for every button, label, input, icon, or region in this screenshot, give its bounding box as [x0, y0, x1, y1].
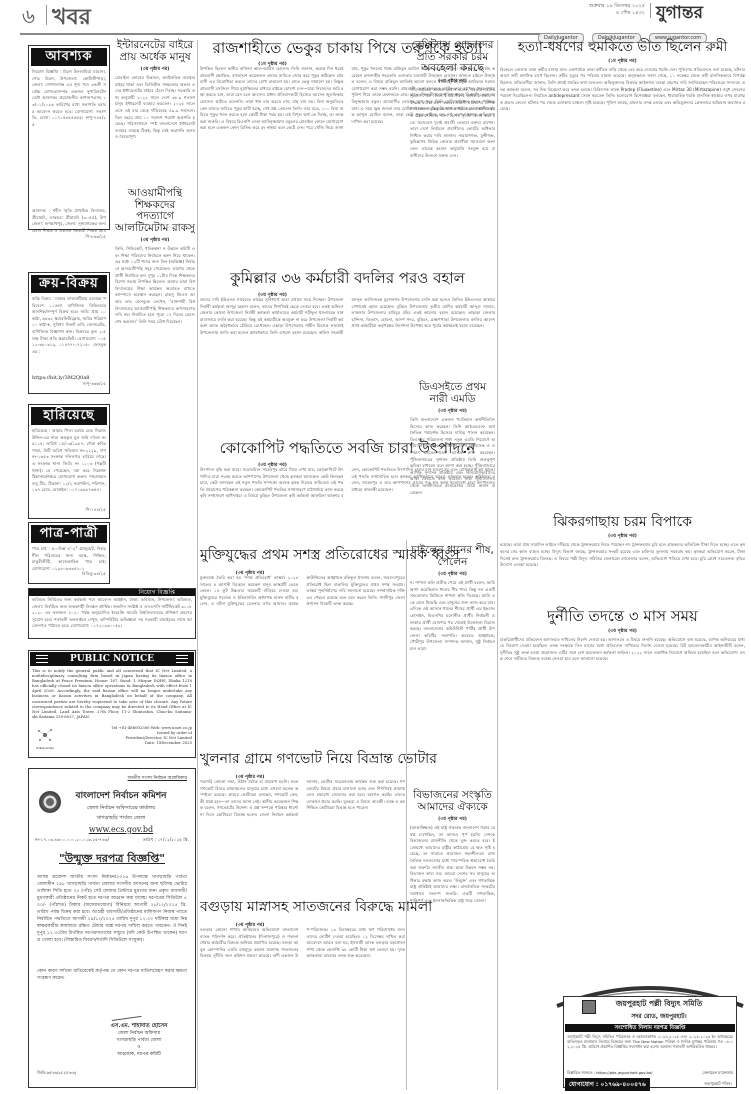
article-continued: (৩য় পৃষ্ঠার পর) — [410, 407, 495, 415]
article-headline[interactable]: মুক্তিযুদ্ধের প্রথম সশস্ত্র প্রতিরোধের স… — [200, 548, 405, 563]
signatory-title: জেলা নির্বাচন অফিসার — [89, 1030, 189, 1037]
classified-ref: পি-১৪৪/২৫ — [29, 507, 109, 514]
article-paddy[interactable]: চাইলেন ধানের শীষ, পেলেন (৩য় পৃষ্ঠার পর)… — [410, 545, 495, 785]
article-bogura[interactable]: বগুড়ায় মাস্নাসহ সাতজনের বিরুদ্ধে মামলা… — [200, 900, 405, 1090]
pbs-signatory: জেনারেল ম্যানেজার — [702, 1070, 733, 1077]
classified-heading: ক্রয়-বিক্রয় — [31, 275, 107, 293]
article-headline[interactable]: হত্যা-ধর্ষণের হুমকিতে ভীত ছিলেন রুমী — [500, 40, 745, 55]
classified-needed: আবশ্যক নিয়োগ বিজ্ঞপ্তি : মিরগ উসলামিয়া… — [28, 45, 110, 230]
article-body: (আকাঙ্ক্ষিত) এই রাষ্ট্র ঐক্যবদ্ধ বাংলাদে… — [410, 825, 495, 1075]
classified-lost: হারিয়েছে হারিয়েছে : আমার পিতা মরহুম মো… — [28, 404, 110, 519]
classified-body: হারিয়েছে : আমার পিতা মরহুম মোঃ সিরাজ উদ… — [29, 427, 109, 507]
classified-body: পাত্র চাই : ৫০-উর্ধ্ব ৫'-২" গ্রাজুয়েট, … — [29, 545, 109, 571]
pbs-contact: যোগাযোগ : ০১৭৬৯-৪০০৪৭৬ — [565, 1078, 650, 1091]
logo-divider — [650, 3, 651, 18]
pbs-website-row: বিস্তারিত জানতে : https://pbs.jaypurhatt… — [564, 1070, 736, 1077]
classified-matrimonial: পাত্র-পাত্রী পাত্র চাই : ৫০-উর্ধ্ব ৫'-২"… — [28, 522, 110, 584]
article-continued: (৩য় পৃষ্ঠার পর) — [410, 815, 495, 823]
article-division[interactable]: বিভাজনের সংস্কৃতি আমাদের ঐক্যকে (৩য় পৃষ… — [410, 790, 495, 1090]
masthead-divider — [46, 5, 47, 25]
pbs-logo-icon — [582, 1000, 596, 1014]
article-continued: (৩য় পৃষ্ঠার পর) — [410, 570, 495, 578]
signature-icon — [110, 1007, 141, 1021]
masthead: ৬ খবর শুক্রবার ১৯ ডিসেম্বর ২০২৫ ৪ পৌষ ১৪… — [0, 0, 751, 34]
article-headline[interactable]: ইন্টারনেটের বাইরে প্রায় অর্ধেক মানুষ — [115, 40, 195, 63]
article-body: তিনি, সিন্ডিকেট, পরিকল্পনা ও উন্নয়ন কমি… — [115, 246, 195, 586]
article-headline[interactable]: বিভাজনের সংস্কৃতি আমাদের ঐক্যকে — [410, 790, 495, 813]
article-body: বিকেলে তোলায় তারা রুমীর বাসায় যান। একপ… — [500, 67, 745, 497]
signatory-name: এস.এম. শাহাদাত হোসেন — [89, 1023, 189, 1030]
article-body: হয়েছে। তারা প্রায় সারাদিন লাইনে দাঁড়ি… — [500, 542, 745, 612]
pbs-signatory-org: জয়পুরহাট পবিস। — [704, 1081, 735, 1088]
column-divider — [197, 40, 198, 1090]
article-remittance[interactable]: রেমিট্যান্স যোদ্ধাদের প্রতি সরকার চরম অব… — [410, 40, 495, 380]
classified-heading: আবশ্যক — [31, 48, 107, 66]
article-khulna[interactable]: খুলনার গ্রামে গণভোট নিয়ে বিভ্রান্ত ভোটা… — [200, 752, 405, 887]
article-internet[interactable]: ইন্টারনেটের বাইরে প্রায় অর্ধেক মানুষ (৩… — [115, 40, 195, 190]
pbs-body: জয়পুরহাট পল্লী বিদ্যুৎ সমিতি সদর রোড, জ… — [563, 996, 737, 1088]
election-tender-notice: জাতীয় সংসদ নির্বাচন অগ্রাধিকার বাংলাদেশ… — [28, 768, 196, 1088]
article-headline[interactable]: আওয়ামীপন্থি শিক্ষকদের পদত্যাগে আলটিমেটা… — [115, 188, 195, 234]
article-body: ন। শাপলা কলি প্রতীক পেয়ে এই প্রার্থী বল… — [410, 580, 495, 765]
article-corruption[interactable]: দুর্নীতি তদন্তে ৩ মাস সময় (৩য় পৃষ্ঠার … — [500, 608, 745, 938]
column-divider — [406, 540, 407, 1090]
memo-number: নং-১৭.০৩.৪৬০০.০০০.২০.০১৬.২৫-৭৩৩/ — [35, 837, 109, 844]
signature-block: এস.এম. শাহাদাত হোসেন জেলা নির্বাচন অফিসা… — [89, 1023, 189, 1058]
article-headline[interactable]: বগুড়ায় মাস্নাসহ সাতজনের বিরুদ্ধে মামলা — [200, 900, 405, 915]
article-body: তিনি বাংলাদেশে একজন খ্যাতিমান অর্থনীতিবি… — [410, 417, 495, 537]
menu-lines-icon — [36, 655, 48, 663]
page-number: ৬ — [22, 2, 35, 35]
signatory-committee: আহ্বায়ক, দরপত্র কমিটি — [89, 1051, 189, 1058]
notice-date: Date: 18December 2025 — [112, 740, 192, 745]
article-continued: (৩য় পৃষ্ঠার পর) — [115, 65, 195, 73]
tender-ref: জিডি-৬৫৭৬/২৫ (৫'×৬) — [37, 1070, 76, 1077]
classified-body: নিয়োগ বিজ্ঞপ্তি : মিরগ উসলামিয়া মাদ্রা… — [29, 68, 109, 208]
top-label: জাতীয় সংসদ নির্বাচন অগ্রাধিকার — [29, 769, 195, 782]
district-name: খাগড়াছড়ি পার্বত্য জেলা — [29, 815, 195, 823]
article-continued: (৩য় পৃষ্ঠার পর) — [500, 627, 745, 635]
menu-lines-icon — [176, 655, 188, 663]
pbs-tender-notice: জয়পুরহাট পল্লী বিদ্যুৎ সমিতি সদর রোড, জ… — [555, 978, 745, 1088]
public-notice-footer: Tel +81-486002500 Web: www.icnet.co.jp I… — [112, 725, 192, 745]
memo-date: তারিখ : ১৭/১২/২০২৫ খ্রি. — [143, 837, 189, 844]
public-notice-header: PUBLIC NOTICE — [30, 652, 194, 666]
article-body: মোবাইল ফোনের উদ্ভাবন, অর্থনৈতিক ব্যবস্থা… — [115, 75, 195, 161]
column-divider — [497, 40, 498, 1090]
pbs-title: সংশোধিত নিলাম দরপত্র বিজ্ঞপ্তি — [565, 1024, 735, 1032]
pbs-text: জয়পুরহাট পল্লী বিদ্যুৎ সমিতির পরিচালক ও… — [564, 1034, 736, 1070]
article-jhikargacha[interactable]: ঝিকরগাছায় চরম বিপাকে (৩য় পৃষ্ঠার পর) হ… — [500, 515, 745, 605]
memo-line: নং-১৭.০৩.৪৬০০.০০০.২০.০১৬.২৫-৭৩৩/ তারিখ :… — [29, 834, 195, 847]
ec-website[interactable]: www.ecs.gov.bd — [29, 825, 195, 834]
tender-title: "উন্মুক্ত দরপত্র বিজ্ঞপ্তি" — [29, 850, 195, 869]
classified-body: বাড়ি বিক্রয় : ঢাকার লালমাটিয়ায় মনোরম… — [29, 295, 109, 375]
public-notice: PUBLIC NOTICE This is to notify the gene… — [28, 650, 196, 758]
article-continued: (৩য় পৃষ্ঠার পর) — [115, 236, 195, 244]
ec-emblem-icon — [39, 791, 61, 813]
article-headline[interactable]: খুলনার গ্রামে গণভোট নিয়ে বিভ্রান্ত ভোটা… — [200, 752, 405, 767]
article-continued: (৩য় পৃষ্ঠার পর) — [410, 77, 495, 85]
classified-heading: হারিয়েছে — [31, 407, 107, 425]
date-gregorian: শুক্রবার ১৯ ডিসেম্বর ২০২৫ — [560, 3, 645, 10]
article-rumi[interactable]: হত্যা-ধর্ষণের হুমকিতে ভীত ছিলেন রুমী (১ম… — [500, 40, 745, 510]
signatory-district: খাগড়াছড়ি পার্বত্য জেলা — [89, 1037, 189, 1044]
section-title: খবর — [52, 0, 91, 37]
classified-ref: পি-৮৬৩/২৫ — [29, 234, 109, 241]
pbs-website[interactable]: বিস্তারিত জানতে : https://pbs.jaypurhatt… — [567, 1070, 653, 1077]
public-notice-title: PUBLIC NOTICE — [30, 652, 194, 666]
date-block: শুক্রবার ১৯ ডিসেম্বর ২০২৫ ৪ পৌষ ১৪৩২ — [560, 3, 645, 17]
article-raksu[interactable]: আওয়ামীপন্থি শিক্ষকদের পদত্যাগে আলটিমেটা… — [115, 188, 195, 583]
classified-buy-sell: ক্রয়-বিক্রয় বাড়ি বিক্রয় : ঢাকার লালম… — [28, 272, 110, 394]
date-bengali: ৪ পৌষ ১৪৩২ — [560, 10, 645, 17]
article-body: দাবি জানিয়ে তারেক রহমান বলেন, সরকার গঠন… — [410, 87, 495, 367]
classified-body: আবশ্যক : শহীদ স্মৃতি প্রাথমিক বিদ্যালয়,… — [29, 208, 109, 234]
article-continued: (৩য় পৃষ্ঠার পর) — [500, 532, 745, 540]
article-headline[interactable]: চাইলেন ধানের শীষ, পেলেন — [410, 545, 495, 568]
tender-note: কোন কারণ দর্শানো ব্যতিরেকেই কর্তৃপক্ষ যে… — [29, 964, 195, 982]
classified-heading: পাত্র-পাত্রী — [31, 525, 107, 543]
signatory-and: ও — [89, 1044, 189, 1051]
public-notice-body: This is to notify the general public and… — [29, 667, 195, 724]
pbs-footer: যোগাযোগ : ০১৭৬৯-৪০০৪৭৬ জয়পুরহাট পবিস। — [564, 1077, 736, 1091]
ic-net-logo-label: IC Net Limited — [35, 747, 55, 750]
article-body: চাকরিপ্রার্থীদের প্রতিবেদন আদালতে দাখিলে… — [500, 637, 745, 927]
recruitment-notice: নিয়োগ বিজ্ঞপ্তি ভবিষ্যত নির্মিতের জন্য … — [28, 588, 196, 639]
article-continued: (১ম পৃষ্ঠার পর) — [500, 57, 745, 65]
article-headline[interactable]: ডিএসইতে প্রথম নারী এমডি — [410, 382, 495, 405]
article-memorial[interactable]: মুক্তিযুদ্ধের প্রথম সশস্ত্র প্রতিরোধের স… — [200, 548, 405, 748]
article-headline[interactable]: রেমিট্যান্স যোদ্ধাদের প্রতি সরকার চরম অব… — [410, 40, 495, 75]
article-headline[interactable]: দুর্নীতি তদন্তে ৩ মাস সময় — [500, 608, 745, 625]
article-dse[interactable]: ডিএসইতে প্রথম নারী এমডি (৩য় পৃষ্ঠার পর)… — [410, 382, 495, 547]
article-body: মুক্তমঞ্চে তৈরি করা হয় 'সশস্ত্র প্রতিরো… — [200, 575, 405, 748]
classified-ref: বিডিবু-৩৪/২৫ — [29, 571, 109, 578]
article-headline[interactable]: ঝিকরগাছায় চরম বিপাকে — [500, 515, 745, 530]
recruitment-heading: নিয়োগ বিজ্ঞপ্তি — [29, 589, 195, 596]
masthead-rule — [20, 33, 540, 35]
ic-net-logo: IC Net Limited — [35, 727, 55, 749]
article-body: বগুড়ার কোনো শাখায় অনিয়মের অভিযোগে বাং… — [200, 927, 405, 1090]
recruitment-body: ভবিষ্যত নির্মিতের জন্য কর্মকর্তা পদে আবে… — [29, 596, 195, 636]
classified-ref: সাপু-৩৬৬/২৫ — [29, 381, 109, 388]
tender-body: আসন্ন ত্রয়োদশ জাতীয় সংসদ নির্বাচন/২০২৬… — [29, 874, 195, 964]
article-body: সরাসরি কোনো সভা, উঠান বৈঠক বা প্রচারণা হ… — [200, 779, 405, 887]
